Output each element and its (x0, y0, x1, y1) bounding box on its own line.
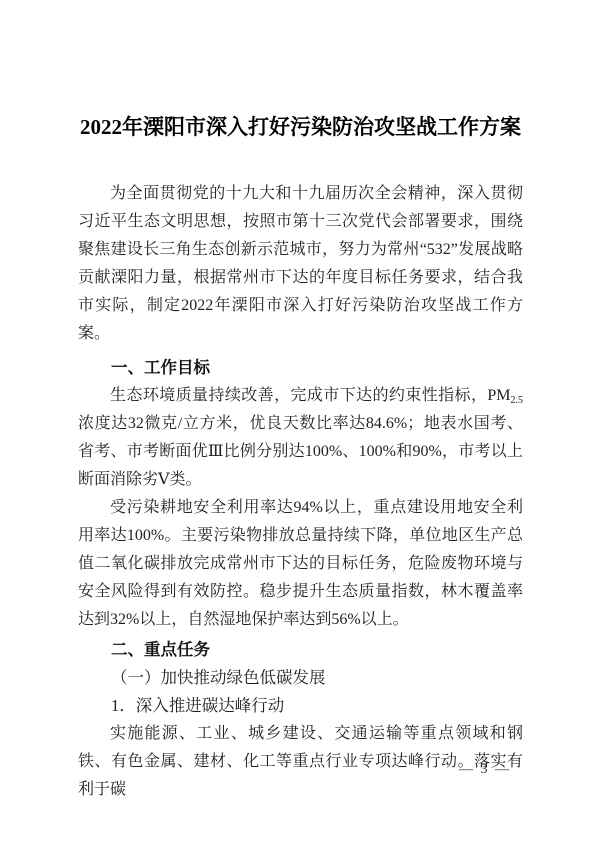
section-2-heading: 二、重点任务 (78, 636, 523, 664)
document-page: 2022年溧阳市深入打好污染防治攻坚战工作方案 为全面贯彻党的十九大和十九届历次… (0, 0, 600, 848)
item-1-heading: 1．深入推进碳达峰行动 (78, 692, 523, 720)
document-title: 2022年溧阳市深入打好污染防治攻坚战工作方案 (78, 112, 523, 142)
goal-text-before-pm25: 生态环境质量持续改善，完成市下达的约束性指标，PM (110, 387, 511, 404)
subsection-1-heading: （一）加快推动绿色低碳发展 (78, 664, 523, 692)
intro-paragraph: 为全面贯彻党的十九大和十九届历次全会精神，深入贯彻习近平生态文明思想，按照市第十… (78, 180, 523, 348)
goal-text-after-pm25: 浓度达32微克/立方米，优良天数比率达84.6%；地表水国考、省考、市考断面优Ⅲ… (78, 415, 523, 488)
document-content: 2022年溧阳市深入打好污染防治攻坚战工作方案 为全面贯彻党的十九大和十九届历次… (78, 0, 523, 804)
goal-paragraph-air-water: 生态环境质量持续改善，完成市下达的约束性指标，PM2.5浓度达32微克/立方米，… (78, 382, 523, 494)
section-1-heading: 一、工作目标 (78, 354, 523, 382)
goal-paragraph-soil-carbon: 受污染耕地安全利用率达94%以上，重点建设用地安全利用率达100%。主要污染物排… (78, 494, 523, 634)
page-number: — 3 — (459, 762, 511, 778)
pm25-subscript: 2.5 (511, 395, 524, 406)
task-paragraph: 实施能源、工业、城乡建设、交通运输等重点领域和钢铁、有色金属、建材、化工等重点行… (78, 720, 523, 804)
